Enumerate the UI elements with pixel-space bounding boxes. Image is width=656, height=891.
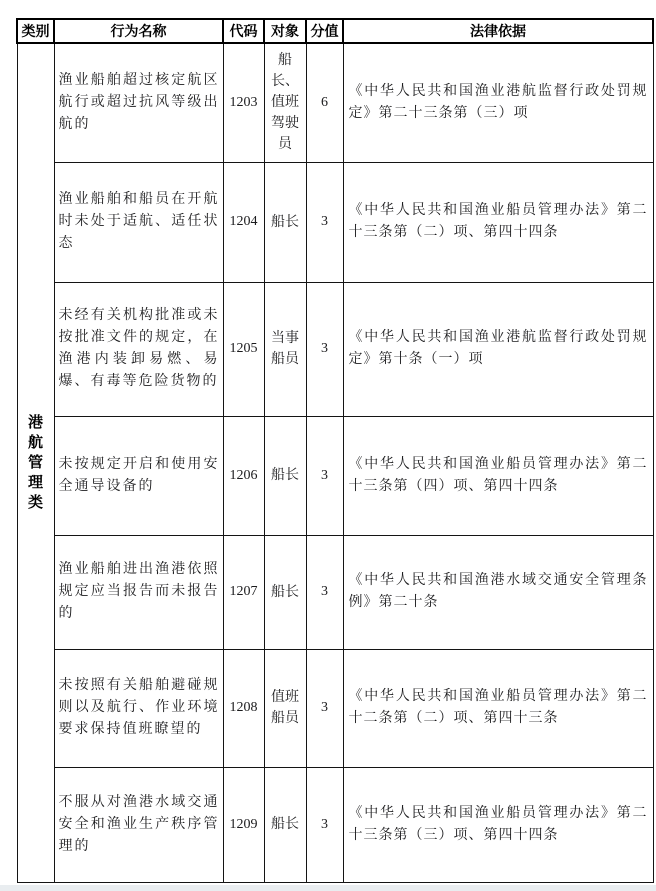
table-row: 港航管理类 渔业船舶超过核定航区航行或超过抗风等级出航的 1203 船长、值班驾… (17, 43, 653, 162)
target-cell: 值班船员 (264, 649, 306, 767)
score-cell: 3 (306, 282, 343, 416)
header-legal-basis: 法律依据 (343, 19, 653, 43)
code-cell: 1208 (223, 649, 264, 767)
behavior-name-cell: 未经有关机构批准或未按批准文件的规定，在渔港内装卸易燃、易爆、有毒等危险货物的 (54, 282, 223, 416)
table-row: 渔业船舶和船员在开航时未处于适航、适任状态 1204 船长 3 《中华人民共和国… (17, 162, 653, 282)
category-label: 港航管理类 (28, 413, 43, 513)
target-cell: 船长、值班驾驶员 (264, 43, 306, 162)
score-cell: 3 (306, 649, 343, 767)
code-cell: 1204 (223, 162, 264, 282)
code-cell: 1203 (223, 43, 264, 162)
score-cell: 3 (306, 767, 343, 882)
legal-basis-cell: 《中华人民共和国渔业港航监督行政处罚规定》第十条（一）项 (343, 282, 653, 416)
header-behavior-name: 行为名称 (54, 19, 223, 43)
code-cell: 1209 (223, 767, 264, 882)
category-cell: 港航管理类 (17, 43, 54, 882)
code-cell: 1206 (223, 416, 264, 535)
document-page: 类别 行为名称 代码 对象 分值 法律依据 港航管理类 渔业船舶超过核定航区航行… (0, 0, 656, 891)
code-cell: 1207 (223, 535, 264, 649)
target-cell: 当事船员 (264, 282, 306, 416)
behavior-name-cell: 渔业船舶进出渔港依照规定应当报告而未报告的 (54, 535, 223, 649)
table-row: 不服从对渔港水域交通安全和渔业生产秩序管理的 1209 船长 3 《中华人民共和… (17, 767, 653, 882)
target-cell: 船长 (264, 162, 306, 282)
behavior-name-cell: 渔业船舶超过核定航区航行或超过抗风等级出航的 (54, 43, 223, 162)
behavior-name-cell: 未按规定开启和使用安全通导设备的 (54, 416, 223, 535)
legal-basis-cell: 《中华人民共和国渔业船员管理办法》第二十三条第（二）项、第四十四条 (343, 162, 653, 282)
score-cell: 3 (306, 162, 343, 282)
behavior-name-cell: 不服从对渔港水域交通安全和渔业生产秩序管理的 (54, 767, 223, 882)
code-cell: 1205 (223, 282, 264, 416)
table-row: 渔业船舶进出渔港依照规定应当报告而未报告的 1207 船长 3 《中华人民共和国… (17, 535, 653, 649)
score-cell: 6 (306, 43, 343, 162)
header-code: 代码 (223, 19, 264, 43)
behavior-name-cell: 渔业船舶和船员在开航时未处于适航、适任状态 (54, 162, 223, 282)
header-row: 类别 行为名称 代码 对象 分值 法律依据 (17, 19, 653, 43)
header-category: 类别 (17, 19, 54, 43)
legal-basis-cell: 《中华人民共和国渔业船员管理办法》第二十三条第（三）项、第四十四条 (343, 767, 653, 882)
penalty-score-table: 类别 行为名称 代码 对象 分值 法律依据 港航管理类 渔业船舶超过核定航区航行… (16, 18, 654, 883)
table-row: 未按规定开启和使用安全通导设备的 1206 船长 3 《中华人民共和国渔业船员管… (17, 416, 653, 535)
legal-basis-cell: 《中华人民共和国渔业船员管理办法》第二十二条第（二）项、第四十三条 (343, 649, 653, 767)
table-row: 未按照有关船舶避碰规则以及航行、作业环境要求保持值班瞭望的 1208 值班船员 … (17, 649, 653, 767)
header-target: 对象 (264, 19, 306, 43)
target-cell: 船长 (264, 767, 306, 882)
table-row: 未经有关机构批准或未按批准文件的规定，在渔港内装卸易燃、易爆、有毒等危险货物的 … (17, 282, 653, 416)
behavior-name-cell: 未按照有关船舶避碰规则以及航行、作业环境要求保持值班瞭望的 (54, 649, 223, 767)
score-cell: 3 (306, 416, 343, 535)
page-edge-strip (0, 885, 656, 891)
target-cell: 船长 (264, 535, 306, 649)
legal-basis-cell: 《中华人民共和国渔业港航监督行政处罚规定》第二十三条第（三）项 (343, 43, 653, 162)
header-score: 分值 (306, 19, 343, 43)
legal-basis-cell: 《中华人民共和国渔业船员管理办法》第二十三条第（四）项、第四十四条 (343, 416, 653, 535)
score-cell: 3 (306, 535, 343, 649)
target-cell: 船长 (264, 416, 306, 535)
legal-basis-cell: 《中华人民共和国渔港水域交通安全管理条例》第二十条 (343, 535, 653, 649)
